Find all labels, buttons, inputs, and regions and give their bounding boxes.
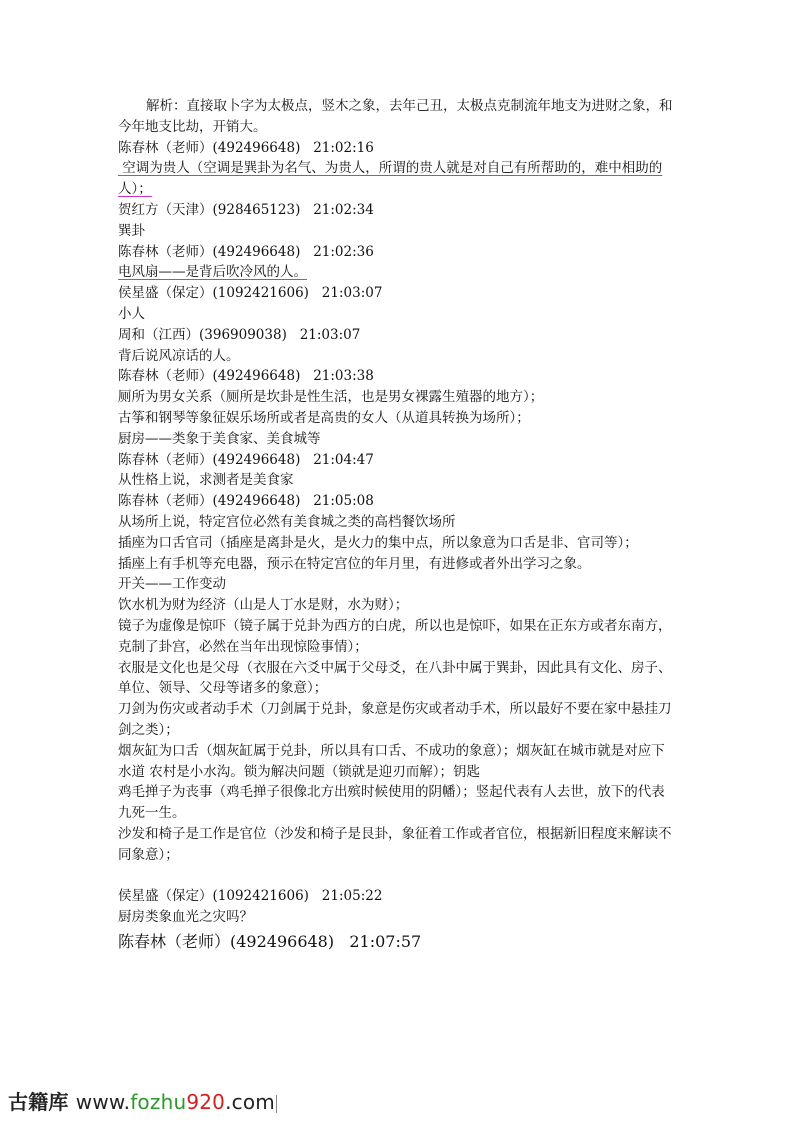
message-header: 陈春林（老师）(492496648) 21:05:08	[118, 491, 676, 512]
message-text: 背后说风凉话的人。	[118, 346, 676, 367]
message-header-large: 陈春林（老师）(492496648) 21:07:57	[118, 930, 676, 954]
message-text: 厨房类象血光之灾吗？	[118, 907, 676, 928]
watermark-site-name: 古籍库	[8, 1090, 69, 1114]
message-text: 从性格上说，求测者是美食家	[118, 470, 676, 491]
message-text: 从场所上说，特定宫位必然有美食城之类的高档餐饮场所	[118, 512, 676, 533]
message-header: 陈春林（老师）(492496648) 21:02:16	[118, 138, 676, 159]
message-header: 周和（江西）(396909038) 21:03:07	[118, 325, 676, 346]
document-body: 解析：直接取卜字为太极点，竖木之象，去年己丑，太极点克制流年地支为进财之象，和今…	[118, 96, 676, 954]
message-header: 侯星盛（保定）(1092421606) 21:05:22	[118, 886, 676, 907]
watermark-url-suffix: .com	[225, 1090, 275, 1114]
message-text: 插座上有手机等充电器，预示在特定宫位的年月里，有进修或者外出学习之象。	[118, 554, 676, 575]
message-text: 沙发和椅子是工作是官位（沙发和椅子是艮卦，象征着工作或者官位，根据新旧程度来解读…	[118, 824, 676, 866]
message-header: 贺红方（天津）(928465123) 21:02:34	[118, 200, 676, 221]
message-text: 插座为口舌官司（插座是离卦是火，是火力的集中点，所以象意为口舌是非、官司等）；	[118, 533, 676, 554]
message-text: 饮水机为财为经济（山是人丁水是财，水为财）；	[118, 595, 676, 616]
message-text: 开关——工作变动	[118, 574, 676, 595]
message-text: 古筝和钢琴等象征娱乐场所或者是高贵的女人（从道具转换为场所）；	[118, 408, 676, 429]
message-text: 厕所为男女关系（厕所是坎卦是性生活，也是男女裸露生殖器的地方）；	[118, 387, 676, 408]
text-cursor	[276, 1095, 277, 1113]
message-text: 鸡毛掸子为丧事（鸡毛掸子很像北方出殡时候使用的阴幡）；竖起代表有人去世，放下的代…	[118, 782, 676, 824]
analysis-paragraph: 解析：直接取卜字为太极点，竖木之象，去年己丑，太极点克制流年地支为进财之象，和今…	[118, 96, 676, 138]
message-header: 陈春林（老师）(492496648) 21:04:47	[118, 450, 676, 471]
message-text: 衣服是文化也是父母（衣服在六爻中属于父母爻，在八卦中属于巽卦，因此具有文化、房子…	[118, 658, 676, 700]
message-header: 陈春林（老师）(492496648) 21:03:38	[118, 366, 676, 387]
watermark-url-green: fozhu	[130, 1090, 186, 1114]
watermark-url-red: 920	[186, 1090, 225, 1114]
highlighted-message: 空调为贵人（空调是巽卦为名气、为贵人，所谓的贵人就是对自己有所帮助的，难中相助的…	[118, 160, 662, 197]
highlighted-message: 电风扇——是背后吹冷风的人。	[118, 264, 307, 280]
message-text: 烟灰缸为口舌（烟灰缸属于兑卦，所以具有口舌、不成功的象意）；烟灰缸在城市就是对应…	[118, 741, 676, 783]
message-text: 镜子为虚像是惊吓（镜子属于兑卦为西方的白虎，所以也是惊吓，如果在正东方或者东南方…	[118, 616, 676, 658]
watermark-url-prefix: www.	[76, 1090, 130, 1114]
message-text: 巽卦	[118, 221, 676, 242]
message-text: 刀剑为伤灾或者动手术（刀剑属于兑卦，象意是伤灾或者动手术，所以最好不要在家中悬挂…	[118, 699, 676, 741]
message-header: 陈春林（老师）(492496648) 21:02:36	[118, 242, 676, 263]
message-header: 侯星盛（保定）(1092421606) 21:03:07	[118, 283, 676, 304]
site-watermark: 古籍库 www.fozhu920.com	[8, 1086, 277, 1115]
message-text: 厨房——类象于美食家、美食城等	[118, 429, 676, 450]
message-text: 小人	[118, 304, 676, 325]
blank-line	[118, 865, 676, 886]
